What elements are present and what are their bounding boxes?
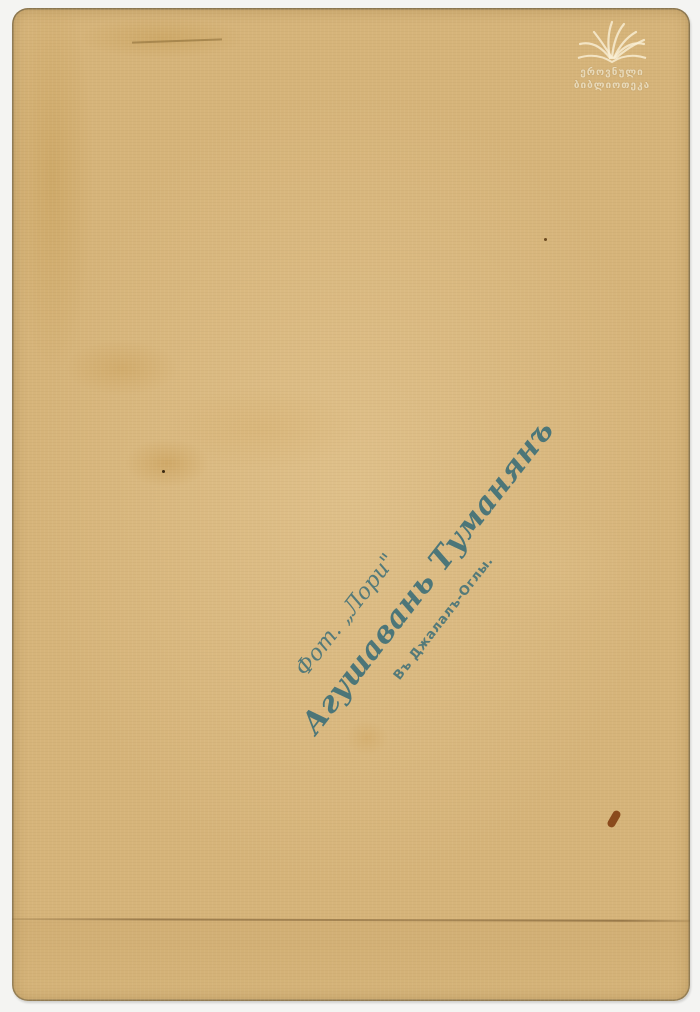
dust-speck: [162, 470, 165, 473]
stamp-photographer-name: Агушавань Туманянъ: [295, 413, 562, 741]
watermark-text-line2: ბიბლიოთეკა: [552, 79, 672, 92]
top-tear-mark: [132, 38, 222, 43]
ink-stain: [606, 809, 622, 829]
paper-texture: [12, 8, 690, 1001]
book-with-wheat-icon: [572, 18, 652, 66]
scan-scene: Фот. „Лори" Агушавань Туманянъ Въ Джалал…: [0, 0, 700, 1012]
photo-card-back: Фот. „Лори" Агушавань Туманянъ Въ Джалал…: [12, 8, 690, 1001]
library-watermark: ეროვნული ბიბლიოთეკა: [552, 18, 672, 92]
photographer-stamp: Фот. „Лори" Агушавань Туманянъ Въ Джалал…: [266, 445, 558, 771]
bottom-strip: [12, 921, 690, 1001]
dust-speck: [544, 238, 547, 241]
watermark-text-line1: ეროვნული: [552, 66, 672, 79]
